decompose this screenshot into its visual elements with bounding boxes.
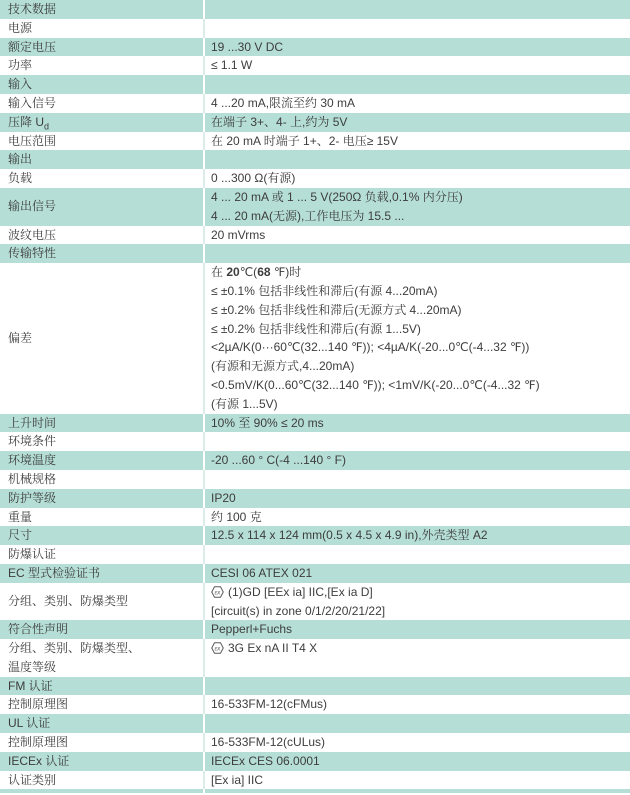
value-line: 10% 至 90% ≤ 20 ms [211, 414, 626, 433]
row-value: 在 20 mA 时端子 1+、2- 电压≥ 15V [205, 132, 630, 151]
value-line: -20 ...60 ° C(-4 ...140 ° F) [211, 451, 626, 470]
value-line: <0.5mV/K(0...60℃(32...140 ℉)); <1mV/K(-2… [211, 376, 626, 395]
row-value: 在 20℃(68 ℉)时≤ ±0.1% 包括非线性和滞后(有源 4...20mA… [205, 263, 630, 413]
row-label: 机械规格 [0, 470, 205, 489]
value-line: CESI 06 ATEX 021 [211, 564, 626, 583]
value-line: εx3G Ex nA II T4 X [211, 639, 626, 658]
value-line: IECEx CES 06.0001 [211, 752, 626, 771]
row-label-text: 功率 [8, 56, 32, 75]
row-value [205, 789, 630, 793]
row-label: 输出信号 [0, 188, 205, 226]
row-label-text: IECEx 认证 [8, 752, 69, 771]
table-row: 尺寸12.5 x 114 x 124 mm(0.5 x 4.5 x 4.9 in… [0, 526, 630, 545]
atex-ex-hexagon-icon: εx [211, 642, 224, 654]
section-row: 技术数据 [0, 0, 630, 19]
value-bold-segment: 68 [257, 265, 270, 279]
row-label-text: UL 认证 [8, 714, 50, 733]
section-row: 防爆认证 [0, 545, 630, 564]
row-value: [Ex ia] IIC [205, 771, 630, 790]
row-value [205, 677, 630, 696]
row-label-text: 分组、类别、防爆类型、 温度等级 [8, 639, 140, 677]
row-value: εx(1)GD [EEx ia] IIC,[Ex ia D][circuit(s… [205, 583, 630, 621]
row-value [205, 150, 630, 169]
row-value: 12.5 x 114 x 124 mm(0.5 x 4.5 x 4.9 in),… [205, 526, 630, 545]
row-label: 符合性声明 [0, 620, 205, 639]
row-value: 0 ...300 Ω(有源) [205, 169, 630, 188]
row-label: 输入信号 [0, 94, 205, 113]
table-row: 符合性声明Pepperl+Fuchs [0, 620, 630, 639]
value-line: 在 20 mA 时端子 1+、2- 电压≥ 15V [211, 132, 626, 151]
row-value: 4 ...20 mA,限流至约 30 mA [205, 94, 630, 113]
row-value: IECEx CES 06.0001 [205, 752, 630, 771]
section-row: 传输特性 [0, 244, 630, 263]
row-label-text: 偏差 [8, 329, 32, 348]
row-label-text: 输入信号 [8, 94, 56, 113]
row-label: 电压范围 [0, 132, 205, 151]
value-line: 19 ...30 V DC [211, 38, 626, 57]
value-line: [circuit(s) in zone 0/1/2/20/21/22] [211, 602, 626, 621]
row-label: 环境条件 [0, 432, 205, 451]
row-label: IECEx 认证 [0, 752, 205, 771]
value-line: 在 20℃(68 ℉)时 [211, 263, 626, 282]
value-line: (有源 1...5V) [211, 395, 626, 414]
row-value: IP20 [205, 489, 630, 508]
row-label: EC 型式检验证书 [0, 564, 205, 583]
row-value [205, 714, 630, 733]
row-label-text: EC 型式检验证书 [8, 564, 100, 583]
row-value [205, 244, 630, 263]
row-label: UL 认证 [0, 714, 205, 733]
row-label: 负载 [0, 169, 205, 188]
row-label: 防爆认证 [0, 545, 205, 564]
value-line: ≤ ±0.2% 包括非线性和滞后(无源方式 4...20mA) [211, 301, 626, 320]
table-row: IECEx 认证IECEx CES 06.0001 [0, 752, 630, 771]
row-label: 上升时间 [0, 414, 205, 433]
row-label-text: 额定电压 [8, 38, 56, 57]
row-label: FM 认证 [0, 677, 205, 696]
row-value: εx3G Ex nA II T4 X [205, 639, 630, 677]
value-text: (1)GD [EEx ia] IIC,[Ex ia D] [228, 585, 373, 599]
value-line: 12.5 x 114 x 124 mm(0.5 x 4.5 x 4.9 in),… [211, 526, 626, 545]
table-row: 控制原理图16-533FM-12(cFMus) [0, 695, 630, 714]
table-row: 上升时间10% 至 90% ≤ 20 ms [0, 414, 630, 433]
technical-data-table: 技术数据电源额定电压19 ...30 V DC功率≤ 1.1 W输入输入信号4 … [0, 0, 630, 793]
section-row: 输入 [0, 75, 630, 94]
section-row: 环境条件 [0, 432, 630, 451]
row-label-text: 技术数据 [8, 0, 56, 19]
value-line: (有源和无源方式,4...20mA) [211, 357, 626, 376]
row-label: 功率 [0, 56, 205, 75]
row-value: ≤ 1.1 W [205, 56, 630, 75]
row-value: Pepperl+Fuchs [205, 620, 630, 639]
table-row: 环境温度-20 ...60 ° C(-4 ...140 ° F) [0, 451, 630, 470]
row-label-text: 防爆认证 [8, 545, 56, 564]
table-row: 电压范围在 20 mA 时端子 1+、2- 电压≥ 15V [0, 132, 630, 151]
row-label: 技术数据 [0, 0, 205, 19]
row-label: 分组、类别、防爆类型、 温度等级 [0, 639, 205, 677]
table-row: 控制原理图16-533FM-12(cULus) [0, 733, 630, 752]
row-label-text: 认证类别 [8, 771, 56, 790]
row-label: 分组、类别、防爆类型 [0, 583, 205, 621]
row-label [0, 789, 205, 793]
row-value [205, 470, 630, 489]
row-label-text: FM 认证 [8, 677, 53, 696]
row-label-subscript: d [44, 121, 49, 131]
table-row: 分组、类别、防爆类型、 温度等级εx3G Ex nA II T4 X [0, 639, 630, 677]
row-label: 偏差 [0, 263, 205, 413]
value-line: 4 ... 20 mA 或 1 ... 5 V(250Ω 负载,0.1% 内分压… [211, 188, 626, 207]
row-label: 额定电压 [0, 38, 205, 57]
value-line: ≤ ±0.1% 包括非线性和滞后(有源 4...20mA) [211, 282, 626, 301]
row-value: 约 100 克 [205, 508, 630, 527]
value-line: 16-533FM-12(cULus) [211, 733, 626, 752]
row-value: 4 ... 20 mA 或 1 ... 5 V(250Ω 负载,0.1% 内分压… [205, 188, 630, 226]
row-value: 10% 至 90% ≤ 20 ms [205, 414, 630, 433]
row-label-text: 输入 [8, 75, 32, 94]
value-line: <2µA/K(0···60℃(32...140 ℉)); <4µA/K(-20.… [211, 338, 626, 357]
row-value: 16-533FM-12(cULus) [205, 733, 630, 752]
row-value: CESI 06 ATEX 021 [205, 564, 630, 583]
value-line: 0 ...300 Ω(有源) [211, 169, 626, 188]
table-row: 压降 Ud在端子 3+、4- 上,约为 5V [0, 113, 630, 132]
partial-row [0, 789, 630, 793]
row-label-text: 分组、类别、防爆类型 [8, 592, 128, 611]
value-segment: ℉)时 [271, 265, 302, 279]
value-line: [Ex ia] IIC [211, 771, 626, 790]
value-segment: 在 [211, 265, 226, 279]
value-line: IP20 [211, 489, 626, 508]
atex-ex-hexagon-icon: εx [211, 586, 224, 598]
section-row: FM 认证 [0, 677, 630, 696]
row-label-text: 波纹电压 [8, 226, 56, 245]
row-value [205, 545, 630, 564]
section-row: 机械规格 [0, 470, 630, 489]
row-label-text: 电源 [8, 19, 32, 38]
value-line: Pepperl+Fuchs [211, 620, 626, 639]
row-label-text: 压降 Ud [8, 113, 49, 132]
row-value: -20 ...60 ° C(-4 ...140 ° F) [205, 451, 630, 470]
row-label-text: 防护等级 [8, 489, 56, 508]
value-bold-segment: 20 [226, 265, 239, 279]
row-label: 防护等级 [0, 489, 205, 508]
row-label-text: 符合性声明 [8, 620, 68, 639]
row-value [205, 19, 630, 38]
row-label-text: 输出 [8, 150, 32, 169]
row-label: 电源 [0, 19, 205, 38]
table-row: EC 型式检验证书CESI 06 ATEX 021 [0, 564, 630, 583]
row-label: 认证类别 [0, 771, 205, 790]
table-row: 负载0 ...300 Ω(有源) [0, 169, 630, 188]
value-line: ≤ 1.1 W [211, 56, 626, 75]
row-value: 19 ...30 V DC [205, 38, 630, 57]
row-label: 控制原理图 [0, 733, 205, 752]
row-value: 在端子 3+、4- 上,约为 5V [205, 113, 630, 132]
value-text: 3G Ex nA II T4 X [228, 641, 317, 655]
table-row: 认证类别[Ex ia] IIC [0, 771, 630, 790]
table-row: 防护等级IP20 [0, 489, 630, 508]
value-line: 约 100 克 [211, 508, 626, 527]
section-row: UL 认证 [0, 714, 630, 733]
row-label-text: 环境温度 [8, 451, 56, 470]
svg-text:εx: εx [215, 590, 222, 596]
value-line: 4 ...20 mA,限流至约 30 mA [211, 94, 626, 113]
row-label-text: 负载 [8, 169, 32, 188]
section-row: 输出 [0, 150, 630, 169]
row-label: 控制原理图 [0, 695, 205, 714]
row-label-text: 控制原理图 [8, 733, 68, 752]
row-label-text: 重量 [8, 508, 32, 527]
row-value [205, 432, 630, 451]
table-row: 额定电压19 ...30 V DC [0, 38, 630, 57]
row-label-text: 环境条件 [8, 432, 56, 451]
row-label-text: 传输特性 [8, 244, 56, 263]
row-label-text: 输出信号 [8, 197, 56, 216]
row-label: 传输特性 [0, 244, 205, 263]
table-row: 输出信号4 ... 20 mA 或 1 ... 5 V(250Ω 负载,0.1%… [0, 188, 630, 226]
row-label: 压降 Ud [0, 113, 205, 132]
row-label-text: 上升时间 [8, 414, 56, 433]
row-value: 16-533FM-12(cFMus) [205, 695, 630, 714]
value-line: εx(1)GD [EEx ia] IIC,[Ex ia D] [211, 583, 626, 602]
table-row: 波纹电压20 mVrms [0, 226, 630, 245]
table-row: 功率≤ 1.1 W [0, 56, 630, 75]
row-label-text: 控制原理图 [8, 695, 68, 714]
row-value [205, 75, 630, 94]
value-line: 20 mVrms [211, 226, 626, 245]
table-row: 分组、类别、防爆类型εx(1)GD [EEx ia] IIC,[Ex ia D]… [0, 583, 630, 621]
value-line: 在端子 3+、4- 上,约为 5V [211, 113, 626, 132]
row-label: 环境温度 [0, 451, 205, 470]
table-row: 偏差在 20℃(68 ℉)时≤ ±0.1% 包括非线性和滞后(有源 4...20… [0, 263, 630, 413]
row-label: 输出 [0, 150, 205, 169]
row-value: 20 mVrms [205, 226, 630, 245]
row-label-text: 机械规格 [8, 470, 56, 489]
svg-text:εx: εx [215, 646, 222, 652]
row-label: 波纹电压 [0, 226, 205, 245]
value-line: ≤ ±0.2% 包括非线性和滞后(有源 1...5V) [211, 320, 626, 339]
row-label: 尺寸 [0, 526, 205, 545]
value-line: 16-533FM-12(cFMus) [211, 695, 626, 714]
value-line: 4 ... 20 mA(无源),工作电压为 15.5 ... [211, 207, 626, 226]
table-row: 重量约 100 克 [0, 508, 630, 527]
value-segment: ℃( [240, 265, 257, 279]
row-label: 输入 [0, 75, 205, 94]
section-row: 电源 [0, 19, 630, 38]
row-label: 重量 [0, 508, 205, 527]
row-label-text: 电压范围 [8, 132, 56, 151]
table-row: 输入信号4 ...20 mA,限流至约 30 mA [0, 94, 630, 113]
row-value [205, 0, 630, 19]
row-label-text: 尺寸 [8, 526, 32, 545]
